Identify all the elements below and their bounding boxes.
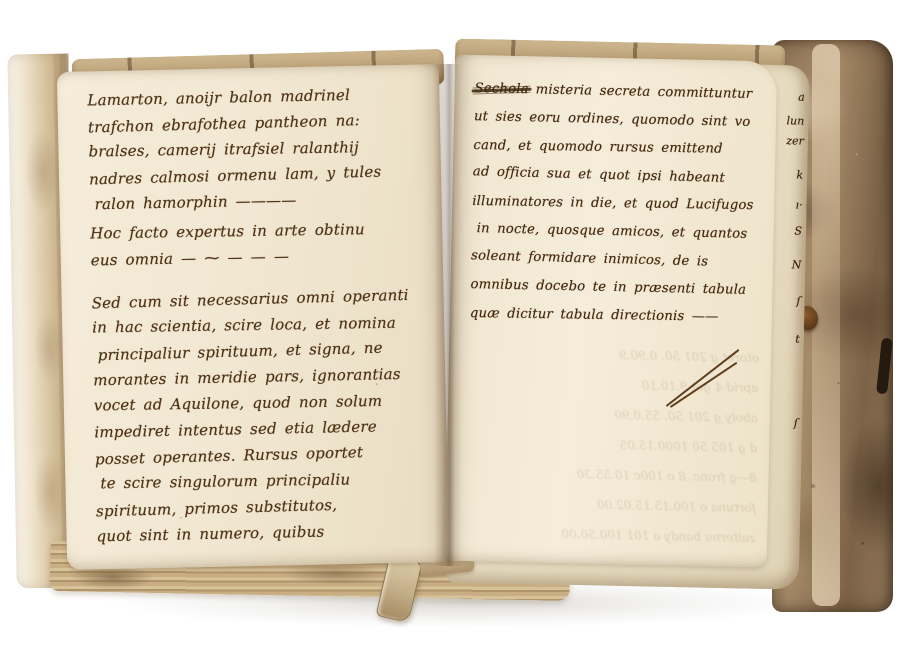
margin-fragment: zer <box>786 135 804 147</box>
margin-fragment: ſ <box>794 417 798 429</box>
manuscript-line: illuminatores in die, et quod Lucifugos <box>472 188 766 220</box>
margin-fragment: S <box>794 225 802 237</box>
margin-fragment: a <box>798 92 805 104</box>
clasp-notch <box>876 338 893 395</box>
manuscript-photograph: alunzerkı·SNſtſ Lamarton, anoijr balon m… <box>0 0 900 650</box>
right-page-lines: ut sies eoru ordines, quomodo sint vocan… <box>470 103 769 333</box>
manuscript-line: Hoc facto expertus in arte obtinu <box>90 215 430 246</box>
manuscript-line-text: misteria secreta committuntur <box>536 82 753 102</box>
cover-fold-band <box>812 44 840 606</box>
margin-fragment: ſ <box>796 296 800 308</box>
margin-fragment: t <box>795 334 800 346</box>
margin-fragment: ı· <box>795 199 802 211</box>
margin-fragment: k <box>796 169 803 181</box>
right-page-text: Secholamisteria secreta committuntur ut … <box>470 75 769 333</box>
margin-fragment: N <box>792 259 802 271</box>
left-page: Lamarton, anoijr balon madrineltrafchon … <box>57 64 449 570</box>
margin-fragment: lun <box>786 115 804 127</box>
left-page-text: Lamarton, anoijr balon madrineltrafchon … <box>87 80 437 549</box>
manuscript-line: quæ dicitur tabula directionis —— <box>470 300 764 332</box>
bleedthrough-line: zalternu bandy a 101 100.50.00 <box>461 517 756 553</box>
right-page: Secholamisteria secreta committuntur ut … <box>445 55 778 568</box>
struck-out-word: Sechola <box>474 81 528 97</box>
manuscript-line: vocet ad Aquilone, quod non solum <box>94 387 434 418</box>
